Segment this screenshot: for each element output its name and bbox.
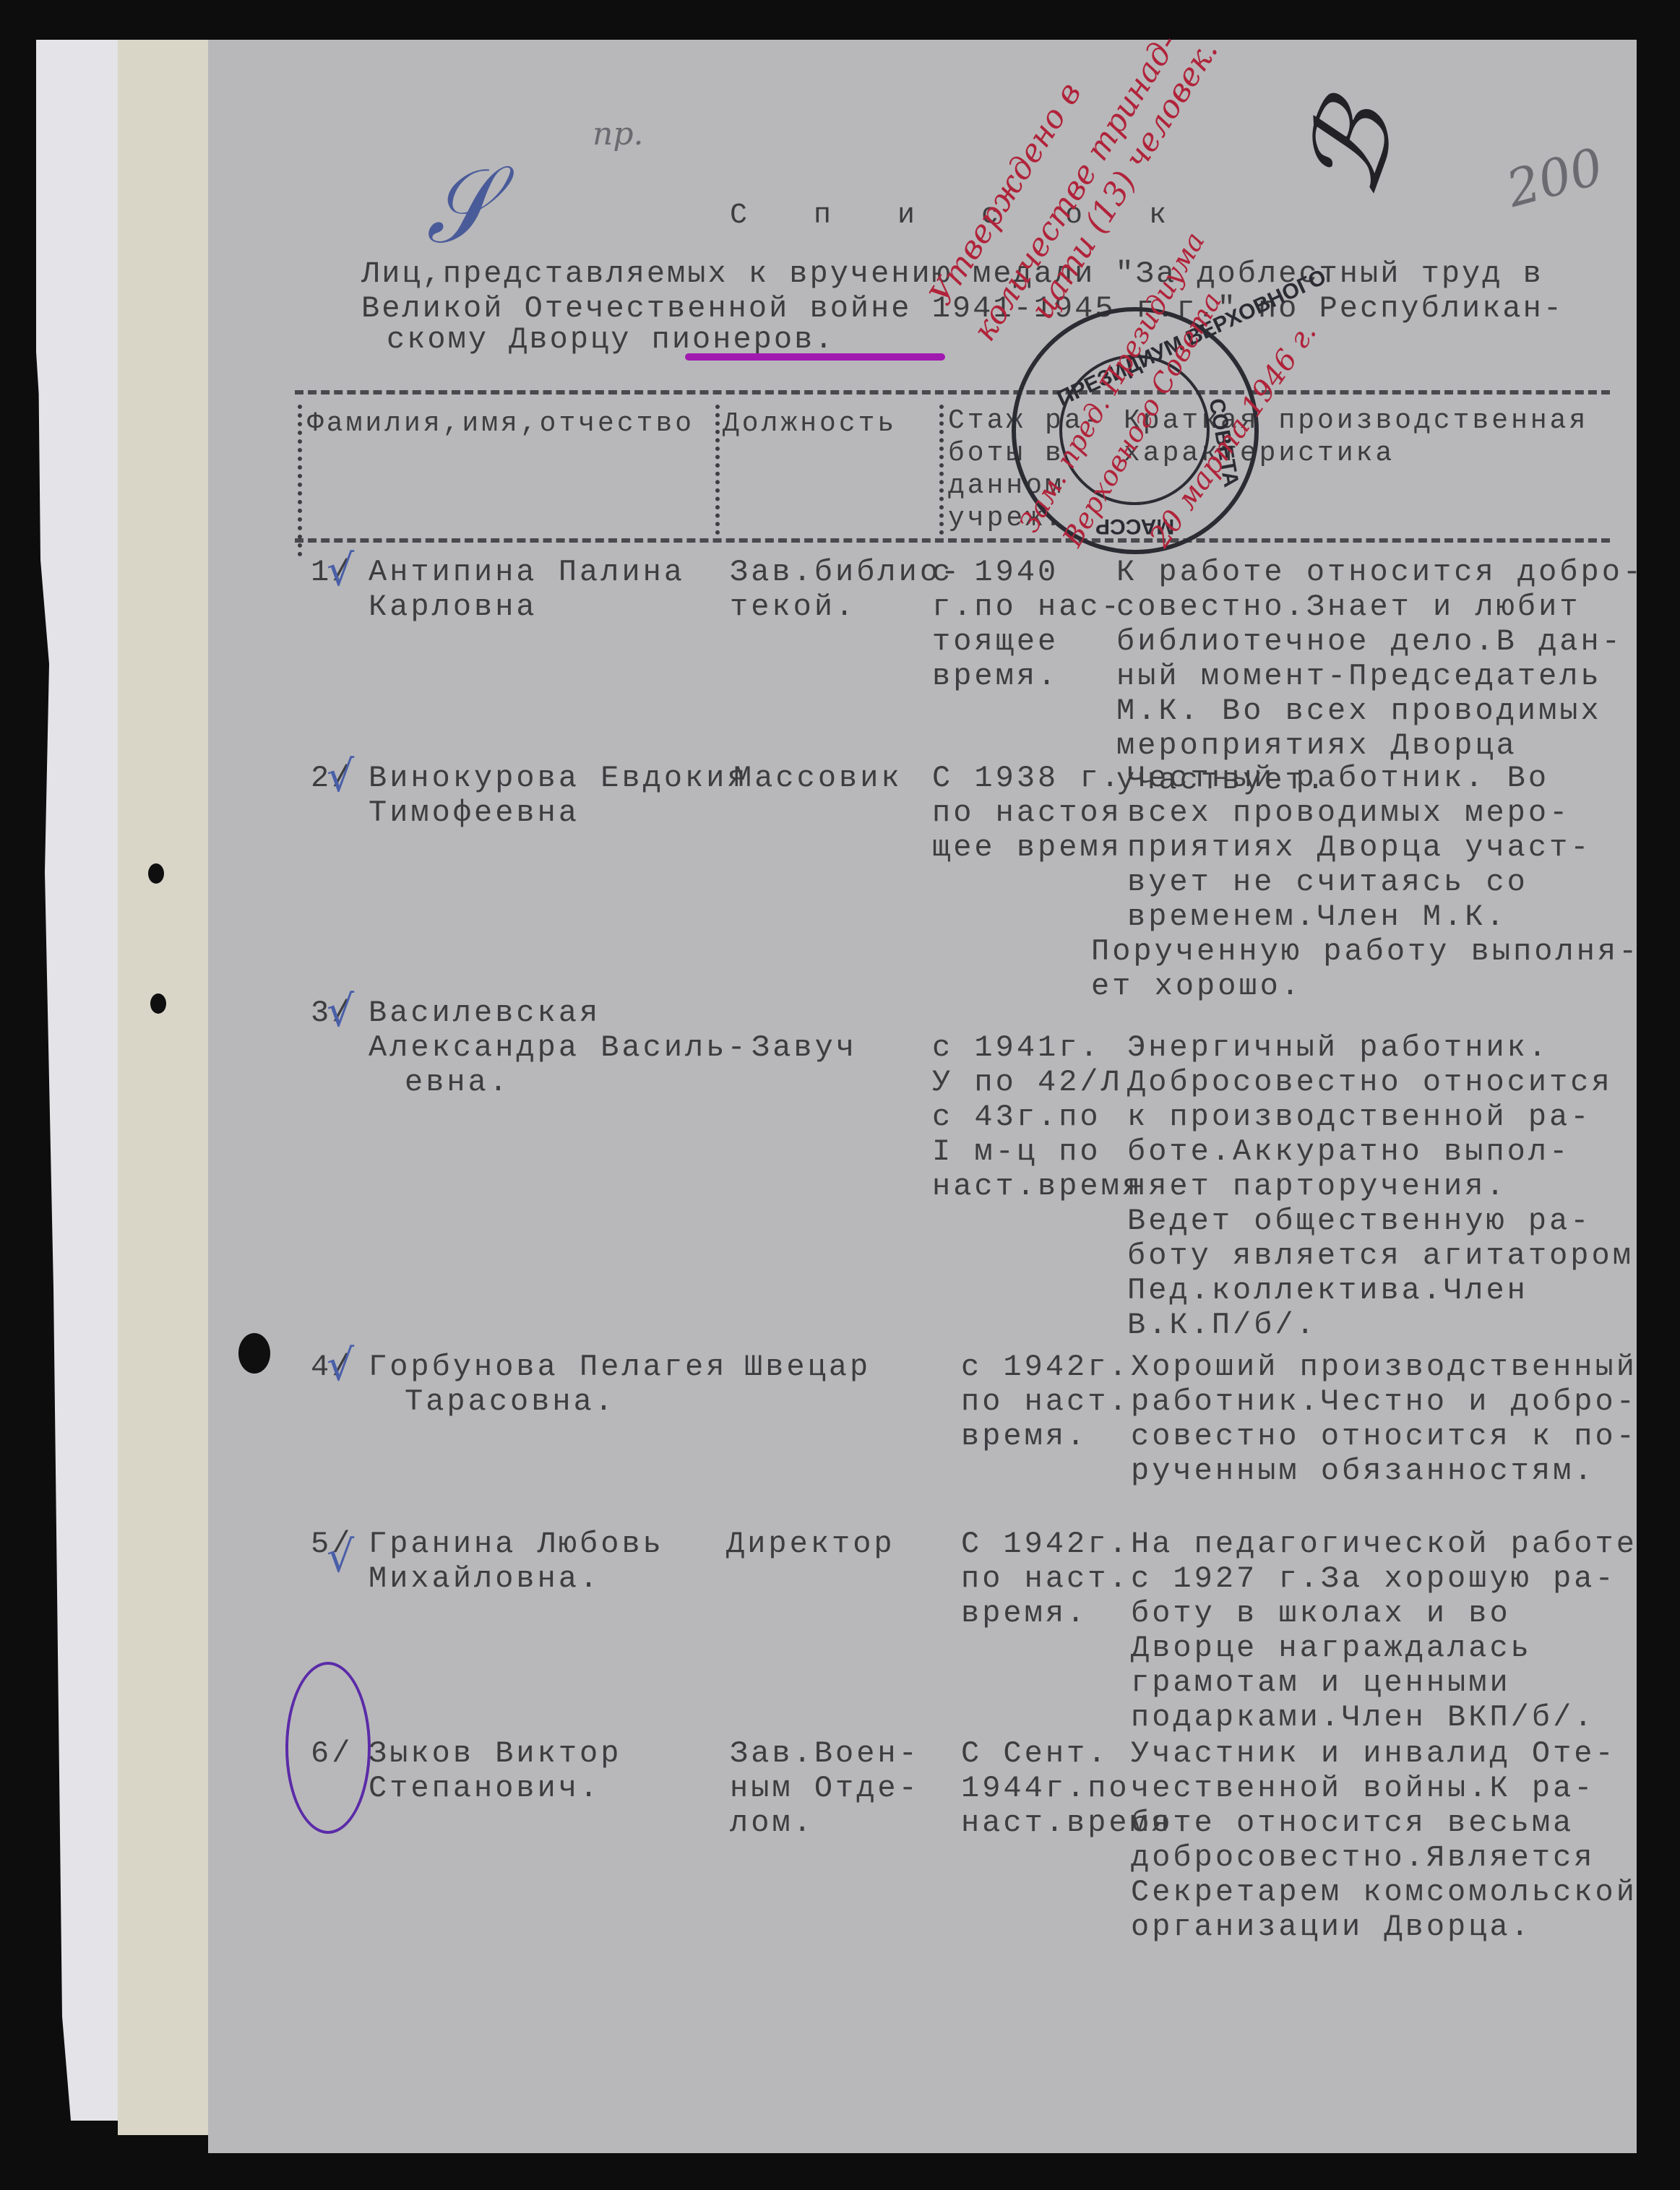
position-line: Швецар bbox=[744, 1348, 871, 1387]
column-header-name: Фамилия,имя,отчество bbox=[307, 405, 694, 444]
position-line: Массовик bbox=[733, 759, 903, 798]
table-header-rule bbox=[295, 538, 1610, 543]
characteristic-line: подарками.Член ВКП/б/. bbox=[1131, 1698, 1595, 1737]
column-divider bbox=[298, 405, 302, 556]
column-header-position: Должность bbox=[723, 405, 897, 444]
pencil-note: пр. bbox=[593, 116, 644, 152]
tenure-line: с 43г.по bbox=[932, 1098, 1101, 1137]
characteristic-line: работник.Честно и добро- bbox=[1131, 1382, 1637, 1421]
characteristic-line: Энергичный работник. bbox=[1127, 1028, 1549, 1067]
name-line: Александра Василь- bbox=[369, 1028, 749, 1067]
tenure-line: щее время bbox=[932, 828, 1122, 867]
tenure-line: 1944г.по bbox=[961, 1769, 1130, 1808]
position-line: Директор bbox=[726, 1525, 895, 1564]
position-line: текой. bbox=[730, 587, 856, 626]
backing-sheet bbox=[36, 40, 123, 2121]
name-line: евна. bbox=[405, 1063, 510, 1102]
characteristic-line: Порученную работу выполня- bbox=[1091, 932, 1640, 971]
position-line: Зав.библио- bbox=[730, 553, 962, 592]
tenure-line: наст.время bbox=[932, 1167, 1143, 1206]
position-line: ным Отде- bbox=[730, 1769, 920, 1808]
characteristic-line: с 1927 г.За хорошую ра- bbox=[1131, 1559, 1616, 1598]
tenure-line: С Сент. bbox=[961, 1734, 1108, 1773]
characteristic-line: приятиях Дворца участ- bbox=[1127, 828, 1592, 867]
characteristic-line: На педагогической работе bbox=[1131, 1525, 1637, 1564]
name-line: Антипина Палина bbox=[369, 553, 685, 592]
tenure-line: С 1942г. bbox=[961, 1525, 1130, 1564]
punch-hole bbox=[150, 993, 166, 1014]
name-line: Степанович. bbox=[369, 1769, 600, 1808]
check-mark-icon: √ bbox=[327, 1532, 354, 1582]
characteristic-line: ет хорошо. bbox=[1091, 967, 1302, 1006]
tenure-line: г.по нас- bbox=[932, 587, 1122, 626]
check-mark-icon: √ bbox=[327, 986, 354, 1037]
name-line: Василевская bbox=[369, 993, 600, 1033]
position-line: лом. bbox=[730, 1803, 814, 1842]
characteristic-line: организации Дворца. bbox=[1131, 1907, 1532, 1947]
blue-signature: 𝒮 bbox=[415, 147, 503, 268]
characteristic-line: совестно.Знает и любит bbox=[1116, 587, 1581, 626]
check-mark-icon: √ bbox=[327, 546, 354, 596]
characteristic-line: рученным обязанностям. bbox=[1131, 1452, 1595, 1491]
characteristic-line: Хороший производственный bbox=[1131, 1348, 1637, 1387]
name-line: Горбунова Пелагея bbox=[369, 1348, 727, 1387]
tenure-line: I м-ц по bbox=[932, 1132, 1101, 1171]
punch-hole bbox=[148, 863, 164, 884]
characteristic-line: совестно относится к по- bbox=[1131, 1417, 1637, 1456]
column-divider bbox=[715, 405, 720, 535]
characteristic-line: боту в школах и во bbox=[1131, 1594, 1511, 1633]
tenure-line: по настоя bbox=[932, 793, 1122, 832]
tenure-line: с 1940 bbox=[932, 553, 1059, 592]
characteristic-line: временем.Член М.К. bbox=[1127, 897, 1507, 936]
characteristic-line: ный момент-Председатель bbox=[1116, 657, 1602, 696]
characteristic-line: к производственной ра- bbox=[1127, 1098, 1592, 1137]
tenure-line: У по 42/Л bbox=[932, 1063, 1122, 1102]
column-divider bbox=[939, 405, 944, 535]
characteristic-line: М.К. Во всех проводимых bbox=[1116, 691, 1602, 730]
characteristic-line: грамотам и ценными bbox=[1131, 1663, 1511, 1702]
characteristic-line: Пед.коллектива.Член bbox=[1127, 1271, 1528, 1310]
table-top-rule bbox=[295, 390, 1610, 395]
name-line: Винокурова Евдокия bbox=[369, 759, 749, 798]
tenure-line: с 1942г. bbox=[961, 1348, 1130, 1387]
position-line: Завуч bbox=[751, 1028, 857, 1067]
check-mark-icon: √ bbox=[327, 751, 354, 802]
tenure-line: время. bbox=[932, 657, 1059, 696]
characteristic-line: чественной войны.К ра- bbox=[1131, 1769, 1595, 1808]
name-line: Тимофеевна bbox=[369, 793, 580, 832]
characteristic-line: боте.Аккуратно выпол- bbox=[1127, 1132, 1570, 1171]
characteristic-line: Участник и инвалид Оте- bbox=[1131, 1734, 1616, 1773]
row-number: 6/ bbox=[311, 1734, 353, 1773]
name-line: Тарасовна. bbox=[405, 1382, 616, 1421]
binding-tape bbox=[118, 40, 208, 2135]
tenure-line: по наст. bbox=[961, 1559, 1130, 1598]
characteristic-line: К работе относится добро- bbox=[1116, 553, 1644, 592]
characteristic-line: Честный работник. Во bbox=[1127, 759, 1549, 798]
tenure-line: С 1938 г. bbox=[932, 759, 1122, 798]
tenure-line: с 1941г. bbox=[932, 1028, 1101, 1067]
tenure-line: время. bbox=[961, 1594, 1087, 1633]
characteristic-line: добросовестно.Является bbox=[1131, 1838, 1595, 1877]
check-mark-icon: √ bbox=[327, 1340, 354, 1391]
characteristic-line: вует не считаясь со bbox=[1127, 863, 1528, 902]
characteristic-line: Дворце награждалась bbox=[1131, 1629, 1532, 1668]
tenure-line: время. bbox=[961, 1417, 1087, 1456]
characteristic-line: боте относится весьма bbox=[1131, 1803, 1574, 1842]
position-line: Зав.Воен- bbox=[730, 1734, 920, 1773]
punch-hole bbox=[238, 1333, 270, 1374]
characteristic-line: няет парторучения. bbox=[1127, 1167, 1507, 1206]
name-line: Гранина Любовь bbox=[369, 1525, 664, 1564]
purple-underline bbox=[685, 353, 945, 361]
characteristic-line: Секретарем комсомольской bbox=[1131, 1873, 1637, 1912]
characteristic-line: Ведет общественную ра- bbox=[1127, 1202, 1592, 1241]
tenure-line: тоящее bbox=[932, 622, 1059, 661]
tenure-line: по наст. bbox=[961, 1382, 1130, 1421]
characteristic-line: всех проводимых меро- bbox=[1127, 793, 1570, 832]
characteristic-line: В.К.П/б/. bbox=[1127, 1306, 1317, 1345]
characteristic-line: Добросовестно относится bbox=[1127, 1063, 1613, 1102]
name-line: Зыков Виктор bbox=[369, 1734, 621, 1773]
name-line: Карловна bbox=[369, 587, 538, 626]
characteristic-line: библиотечное дело.В дан- bbox=[1116, 622, 1623, 661]
name-line: Михайловна. bbox=[369, 1559, 600, 1598]
characteristic-line: боту является агитатором bbox=[1127, 1236, 1634, 1275]
